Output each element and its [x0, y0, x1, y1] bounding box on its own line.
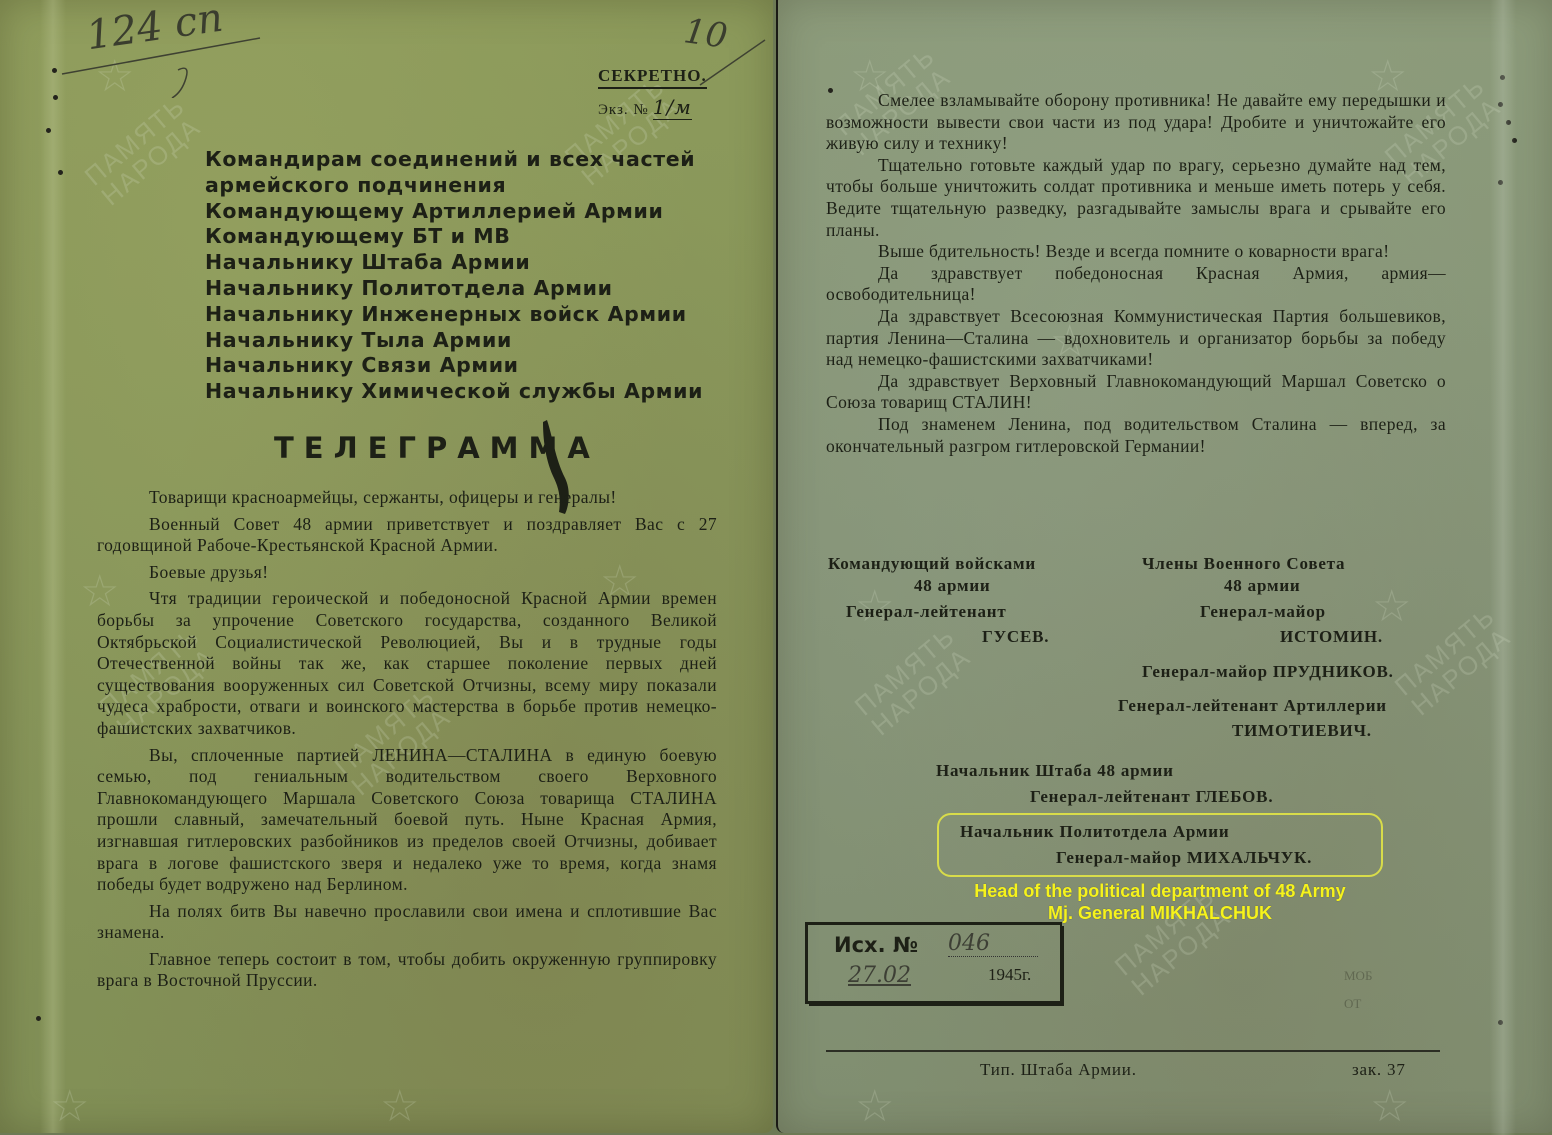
chief-of-staff-name: Генерал-лейтенант ГЛЕБОВ.: [1030, 785, 1273, 808]
paragraph: Да здравствует Всесоюзная Коммунистическ…: [826, 306, 1446, 371]
annotation-line: Head of the political department of 48 A…: [930, 880, 1390, 902]
outgoing-number-stamp: Исх. № 046 27.02 1945г.: [805, 922, 1062, 1004]
highlight-annotation-box: [937, 813, 1383, 877]
telegram-body-right: Смелее взламывайте оборону противника! Н…: [826, 90, 1446, 457]
council-member1-rank: Генерал-майор: [1200, 600, 1326, 623]
binding-hole: [58, 170, 63, 175]
commander-name: ГУСЕВ.: [982, 625, 1049, 648]
addressee: Начальнику Политотдела Армии: [205, 276, 725, 302]
outgoing-label: Исх. №: [834, 933, 918, 957]
order-number: зак. 37: [1352, 1060, 1406, 1080]
outgoing-number: 046: [948, 931, 1038, 957]
addressee: Начальнику Штаба Армии: [205, 250, 725, 276]
copy-label: Экз. №: [598, 102, 649, 118]
binding-hole: [52, 68, 57, 73]
paragraph: Да здравствует Верховный Главнокомандующ…: [826, 371, 1446, 414]
council-member2: Генерал-майор ПРУДНИКОВ.: [1142, 660, 1394, 683]
classification-label: СЕКРЕТНО.: [598, 66, 707, 89]
council-member3-rank: Генерал-лейтенант Артиллерии: [1118, 694, 1387, 717]
commander-rank: Генерал-лейтенант: [846, 600, 1007, 623]
council-member3-name: ТИМОТИЕВИЧ.: [1232, 719, 1372, 742]
left-page: ПАМЯТЬ НАРОДА ПАМЯТЬ НАРОДА ПАМЯТЬ НАРОД…: [0, 0, 773, 1133]
binding-strip: [1490, 0, 1516, 1135]
paragraph: Под знаменем Ленина, под водительством С…: [826, 414, 1446, 457]
printer-imprint: Тип. Штаба Армии.: [980, 1060, 1137, 1080]
council-title: Члены Военного Совета: [1142, 552, 1345, 575]
addressee: Начальнику Инженерных войск Армии: [205, 302, 725, 328]
addressee: Командирам соединений и всех частей: [205, 147, 725, 173]
paragraph: Боевые друзья!: [97, 562, 717, 584]
addressee: Начальнику Химической службы Армии: [205, 379, 725, 405]
addressee: Командующему БТ и МВ: [205, 224, 725, 250]
outgoing-year: 1945г.: [988, 965, 1031, 985]
chief-of-staff-title: Начальник Штаба 48 армии: [936, 759, 1174, 782]
commander-unit: 48 армии: [914, 574, 991, 597]
addressee-list: Командирам соединений и всех частей арме…: [205, 147, 725, 405]
paragraph: Да здравствует победоносная Красная Арми…: [826, 263, 1446, 306]
binding-hole: [53, 95, 58, 100]
council-unit: 48 армии: [1224, 574, 1301, 597]
addressee: Начальнику Тыла Армии: [205, 328, 725, 354]
copy-number-line: Экз. №1/м: [598, 95, 728, 119]
commander-title: Командующий войсками: [828, 552, 1036, 575]
paragraph: На полях битв Вы навечно прославили свои…: [97, 901, 717, 944]
binding-hole: [36, 1016, 41, 1021]
paragraph: Выше бдительность! Везде и всегда помнит…: [826, 241, 1446, 263]
pen-stroke: [60, 28, 280, 98]
binding-hole: [46, 128, 51, 133]
paragraph: Вы, сплоченные партией ЛЕНИНА—СТАЛИНА в …: [97, 745, 717, 896]
paragraph: Смелее взламывайте оборону противника! Н…: [826, 90, 1446, 155]
addressee: Командующему Артиллерией Армии: [205, 199, 725, 225]
classification-block: СЕКРЕТНО. Экз. №1/м: [598, 66, 728, 119]
addressee: армейского подчинения: [205, 173, 725, 199]
faint-stamp: МОБ ОТ: [1344, 962, 1372, 1018]
addressee: Начальнику Связи Армии: [205, 353, 725, 379]
telegram-body-left: Товарищи красноармейцы, сержанты, офицер…: [97, 487, 717, 997]
faint-stamp-line: ОТ: [1344, 990, 1372, 1018]
annotation-line: Mj. General MIKHALCHUK: [930, 902, 1390, 924]
faint-stamp-line: МОБ: [1344, 962, 1372, 990]
paragraph: Военный Совет 48 армии приветствует и по…: [97, 514, 717, 557]
english-annotation: Head of the political department of 48 A…: [930, 880, 1390, 924]
outgoing-date: 27.02: [848, 963, 911, 988]
copy-number: 1/м: [653, 95, 692, 120]
paragraph: Чтя традиции героической и победоносной …: [97, 588, 717, 739]
paragraph: Тщательно готовьте каждый удар по врагу,…: [826, 155, 1446, 241]
watermark: ПАМЯТЬ НАРОДА: [80, 92, 206, 210]
council-member1-name: ИСТОМИН.: [1280, 625, 1383, 648]
paragraph: Товарищи красноармейцы, сержанты, офицер…: [97, 487, 717, 509]
paragraph: Главное теперь состоит в том, чтобы доби…: [97, 949, 717, 992]
footer-rule: [826, 1050, 1440, 1052]
star-icon: ☆: [380, 1085, 419, 1129]
